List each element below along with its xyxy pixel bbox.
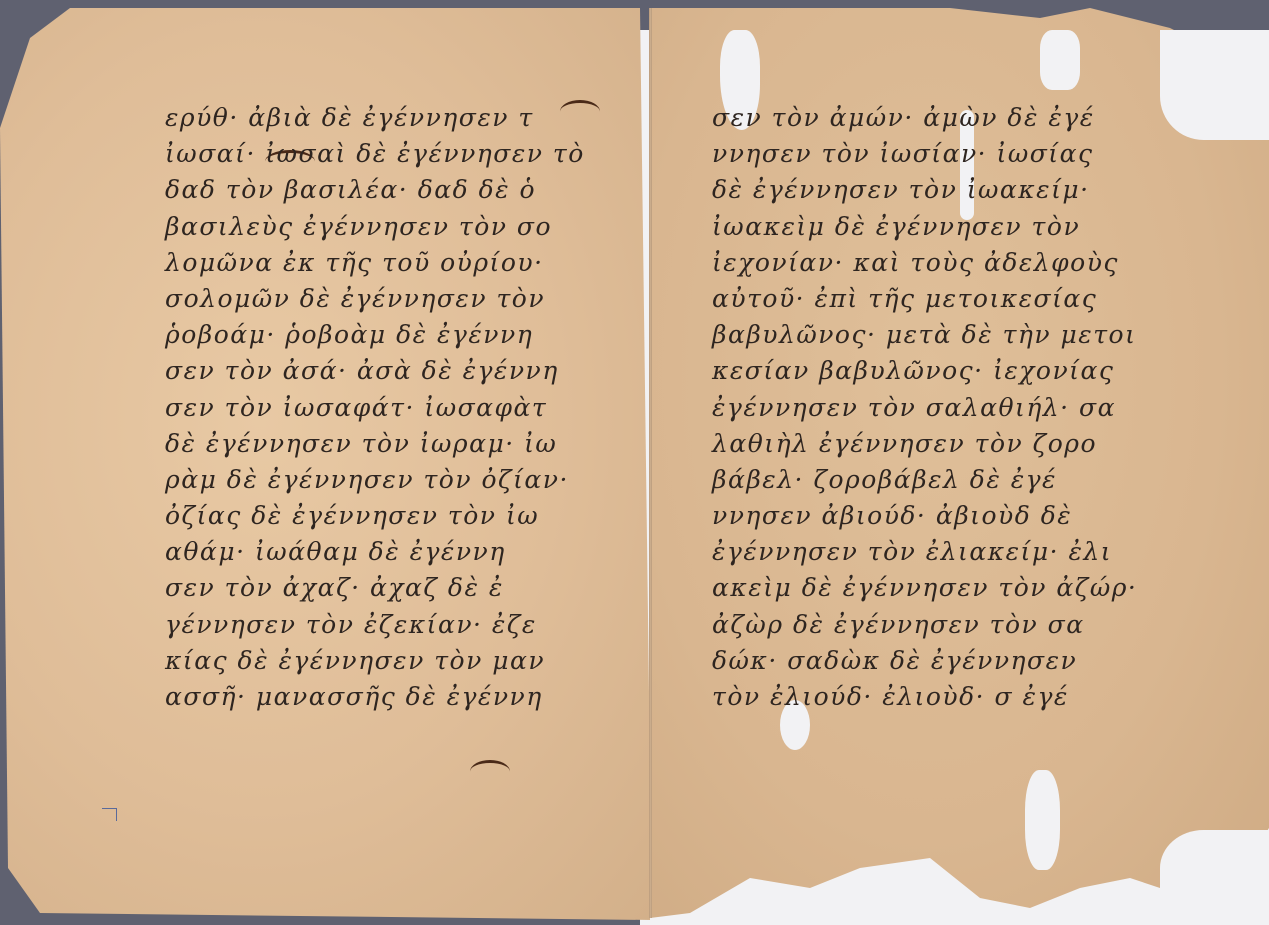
text-line: βαβυλῶνος· μετὰ δὲ τὴν μετοι xyxy=(712,317,1172,353)
text-line: σεν τὸν ἀσά· ἀσὰ δὲ ἐγέννη xyxy=(165,353,615,389)
book-gutter xyxy=(649,8,652,918)
text-line: ἰωσαί· ἰωσαὶ δὲ ἐγέννησεν τὸ xyxy=(165,136,615,172)
text-line: ρὰμ δὲ ἐγέννησεν τὸν ὀζίαν· xyxy=(165,462,615,498)
ink-stain xyxy=(470,760,510,783)
text-line: ακεὶμ δὲ ἐγέννησεν τὸν ἀζώρ· xyxy=(712,570,1172,606)
page-damage-hole xyxy=(1160,830,1269,925)
text-line: δώκ· σαδὼκ δὲ ἐγέννησεν xyxy=(712,643,1172,679)
text-line: σεν τὸν ἀμών· ἀμὼν δὲ ἐγέ xyxy=(712,100,1172,136)
text-line: γέννησεν τὸν ἐζεκίαν· ἐζε xyxy=(165,607,615,643)
text-line: ἐγέννησεν τὸν ἐλιακείμ· ἐλι xyxy=(712,534,1172,570)
right-page-text-column: σεν τὸν ἀμών· ἀμὼν δὲ ἐγέ ννησεν τὸν ἰωσ… xyxy=(712,100,1172,715)
text-line: ερύθ· ἀβιὰ δὲ ἐγέννησεν τ xyxy=(165,100,615,136)
corner-pencil-mark xyxy=(102,808,117,821)
page-damage-hole xyxy=(1040,30,1080,90)
text-line: ασσῆ· μανασσῆς δὲ ἐγέννη xyxy=(165,679,615,715)
text-line: βασιλεὺς ἐγέννησεν τὸν σο xyxy=(165,209,615,245)
text-line: ἰεχονίαν· καὶ τοὺς ἀδελφοὺς xyxy=(712,245,1172,281)
text-line: τὸν ἐλιούδ· ἐλιοὺδ· σ ἐγέ xyxy=(712,679,1172,715)
text-line: δαδ τὸν βασιλέα· δαδ δὲ ὁ xyxy=(165,172,615,208)
text-line: κίας δὲ ἐγέννησεν τὸν μαν xyxy=(165,643,615,679)
page-damage-hole xyxy=(1025,770,1060,870)
page-damage-hole xyxy=(1160,30,1269,140)
text-line: ἰωακεὶμ δὲ ἐγέννησεν τὸν xyxy=(712,209,1172,245)
left-page-text-column: ερύθ· ἀβιὰ δὲ ἐγέννησεν τ ἰωσαί· ἰωσαὶ δ… xyxy=(165,100,615,715)
text-line: ννησεν τὸν ἰωσίαν· ἰωσίας xyxy=(712,136,1172,172)
text-line: σεν τὸν ἀχαζ· ἀχαζ δὲ ἐ xyxy=(165,570,615,606)
text-line: δὲ ἐγέννησεν τὸν ἰωακείμ· xyxy=(712,172,1172,208)
text-line: ννησεν ἀβιούδ· ἀβιοὺδ δὲ xyxy=(712,498,1172,534)
text-line: βάβελ· ζοροβάβελ δὲ ἐγέ xyxy=(712,462,1172,498)
text-line: ὀζίας δὲ ἐγέννησεν τὸν ἰω xyxy=(165,498,615,534)
text-line: σολομῶν δὲ ἐγέννησεν τὸν xyxy=(165,281,615,317)
text-line: λομῶνα ἐκ τῆς τοῦ οὐρίου· xyxy=(165,245,615,281)
text-line: αὐτοῦ· ἐπὶ τῆς μετοικεσίας xyxy=(712,281,1172,317)
text-line: δὲ ἐγέννησεν τὸν ἰωραμ· ἰω xyxy=(165,426,615,462)
text-line: ἀζὼρ δὲ ἐγέννησεν τὸν σα xyxy=(712,607,1172,643)
text-line: αθάμ· ἰωάθαμ δὲ ἐγέννη xyxy=(165,534,615,570)
text-line: ἐγέννησεν τὸν σαλαθιήλ· σα xyxy=(712,390,1172,426)
text-line: σεν τὸν ἰωσαφάτ· ἰωσαφὰτ xyxy=(165,390,615,426)
text-line: κεσίαν βαβυλῶνος· ἰεχονίας xyxy=(712,353,1172,389)
text-line: λαθιὴλ ἐγέννησεν τὸν ζορο xyxy=(712,426,1172,462)
text-line: ῥοβοάμ· ῥοβοὰμ δὲ ἐγέννη xyxy=(165,317,615,353)
